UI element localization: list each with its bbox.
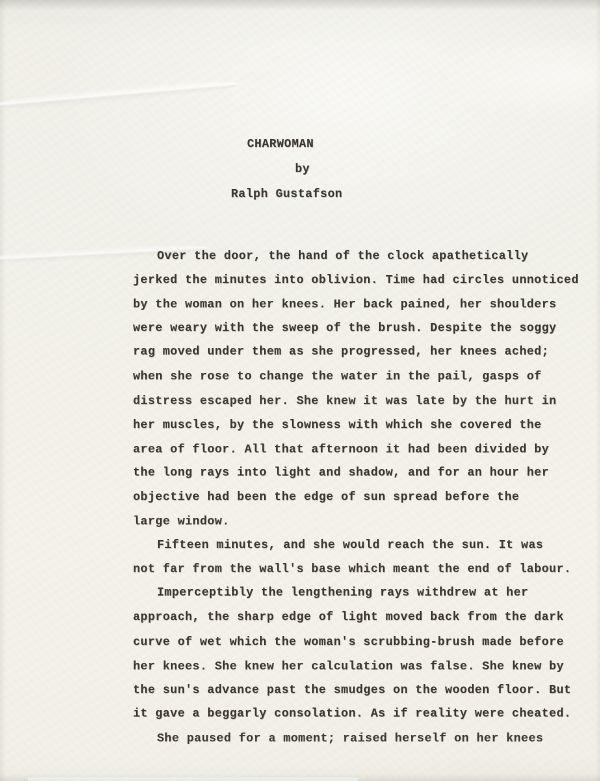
text-line: approach, the sharp edge of light moved … <box>133 605 579 629</box>
author-name: Ralph Gustafson <box>231 189 342 201</box>
text-line: Fifteen minutes, and she would reach the… <box>133 533 579 557</box>
text-line: it gave a beggarly consolation. As if re… <box>133 701 579 725</box>
text-line: by the woman on her knees. Her back pain… <box>133 293 579 317</box>
text-line: the long rays into light and shadow, and… <box>133 461 579 485</box>
scan-edge-strip <box>28 777 358 781</box>
paper-highlight <box>430 40 600 130</box>
manuscript-page: CHARWOMAN by Ralph Gustafson Over the do… <box>0 0 600 781</box>
text-line: were weary with the sweep of the brush. … <box>133 316 579 340</box>
text-line: curve of wet which the woman's scrubbing… <box>133 630 579 654</box>
text-line: Over the door, the hand of the clock apa… <box>133 244 579 268</box>
text-line: the sun's advance past the smudges on th… <box>133 678 579 702</box>
scan-shadow-left <box>0 0 6 781</box>
paper-crease <box>0 77 240 113</box>
text-line: distress escaped her. She knew it was la… <box>133 389 579 413</box>
text-line: not far from the wall's base which meant… <box>133 557 579 581</box>
document-title: CHARWOMAN <box>247 139 314 151</box>
byline: by <box>295 164 310 176</box>
text-line: jerked the minutes into oblivion. Time h… <box>133 268 579 292</box>
text-line: her muscles, by the slowness with which … <box>133 413 579 437</box>
text-line: area of floor. All that afternoon it had… <box>133 437 579 461</box>
text-line: large window. <box>133 509 579 533</box>
text-line: when she rose to change the water in the… <box>133 365 579 389</box>
text-line: Imperceptibly the lengthening rays withd… <box>133 581 579 605</box>
text-line: She paused for a moment; raised herself … <box>133 726 579 750</box>
text-line: her knees. She knew her calculation was … <box>133 654 579 678</box>
text-line: objective had been the edge of sun sprea… <box>133 485 579 509</box>
text-line: rag moved under them as she progressed, … <box>133 340 579 364</box>
document-body: Over the door, the hand of the clock apa… <box>133 244 579 750</box>
scan-shadow-top <box>0 0 600 10</box>
